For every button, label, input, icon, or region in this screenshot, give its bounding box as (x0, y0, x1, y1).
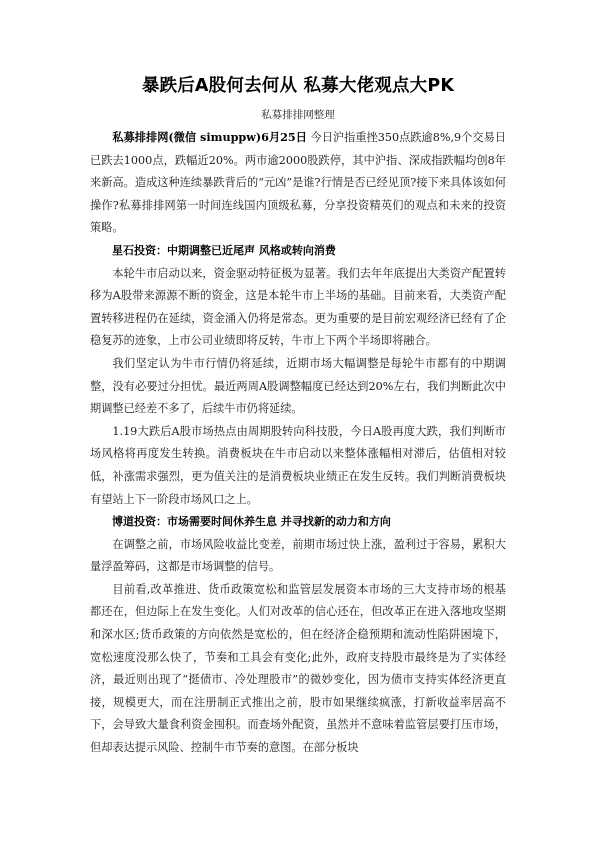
article-body: 私募排排网(微信 simuppw)6月25日 今日沪指重挫350点跌逾8%,9个… (90, 126, 506, 760)
body-paragraph: 本轮牛市启动以来，资金驱动特征极为显著。我们去年年底提出大类资产配置转移为A股带… (90, 263, 506, 353)
lead-paragraph: 私募排排网(微信 simuppw)6月25日 今日沪指重挫350点跌逾8%,9个… (90, 126, 506, 240)
article-byline: 私募排排网整理 (90, 107, 506, 122)
body-paragraph: 1.19大跌后A股市场热点由周期股转向科技股，今日A股再度大跌，我们判断市场风格… (90, 421, 506, 511)
section-heading-bodao: 博道投资：市场需要时间休养生息 并寻找新的动力和方向 (90, 511, 506, 534)
article-title: 暴跌后A股何去何从 私募大佬观点大PK (90, 72, 506, 97)
lead-label: 私募排排网(微信 simuppw)6月25日 (112, 130, 307, 144)
body-paragraph: 目前看,改革推进、货币政策宽松和监管层发展资本市场的三大支持市场的根基都还在，但… (90, 579, 506, 760)
lead-text: 今日沪指重挫350点跌逾8%,9个交易日已跌去1000点，跌幅近20%。两市逾2… (90, 131, 506, 234)
body-paragraph: 在调整之前，市场风险收益比变差，前期市场过快上涨，盈利过于容易，累积大量浮盈筹码… (90, 534, 506, 579)
section-heading-xingshi: 星石投资：中期调整已近尾声 风格或转向消费 (90, 240, 506, 263)
body-paragraph: 我们坚定认为牛市行情仍将延续，近期市场大幅调整是每轮牛市都有的中期调整，没有必要… (90, 353, 506, 421)
